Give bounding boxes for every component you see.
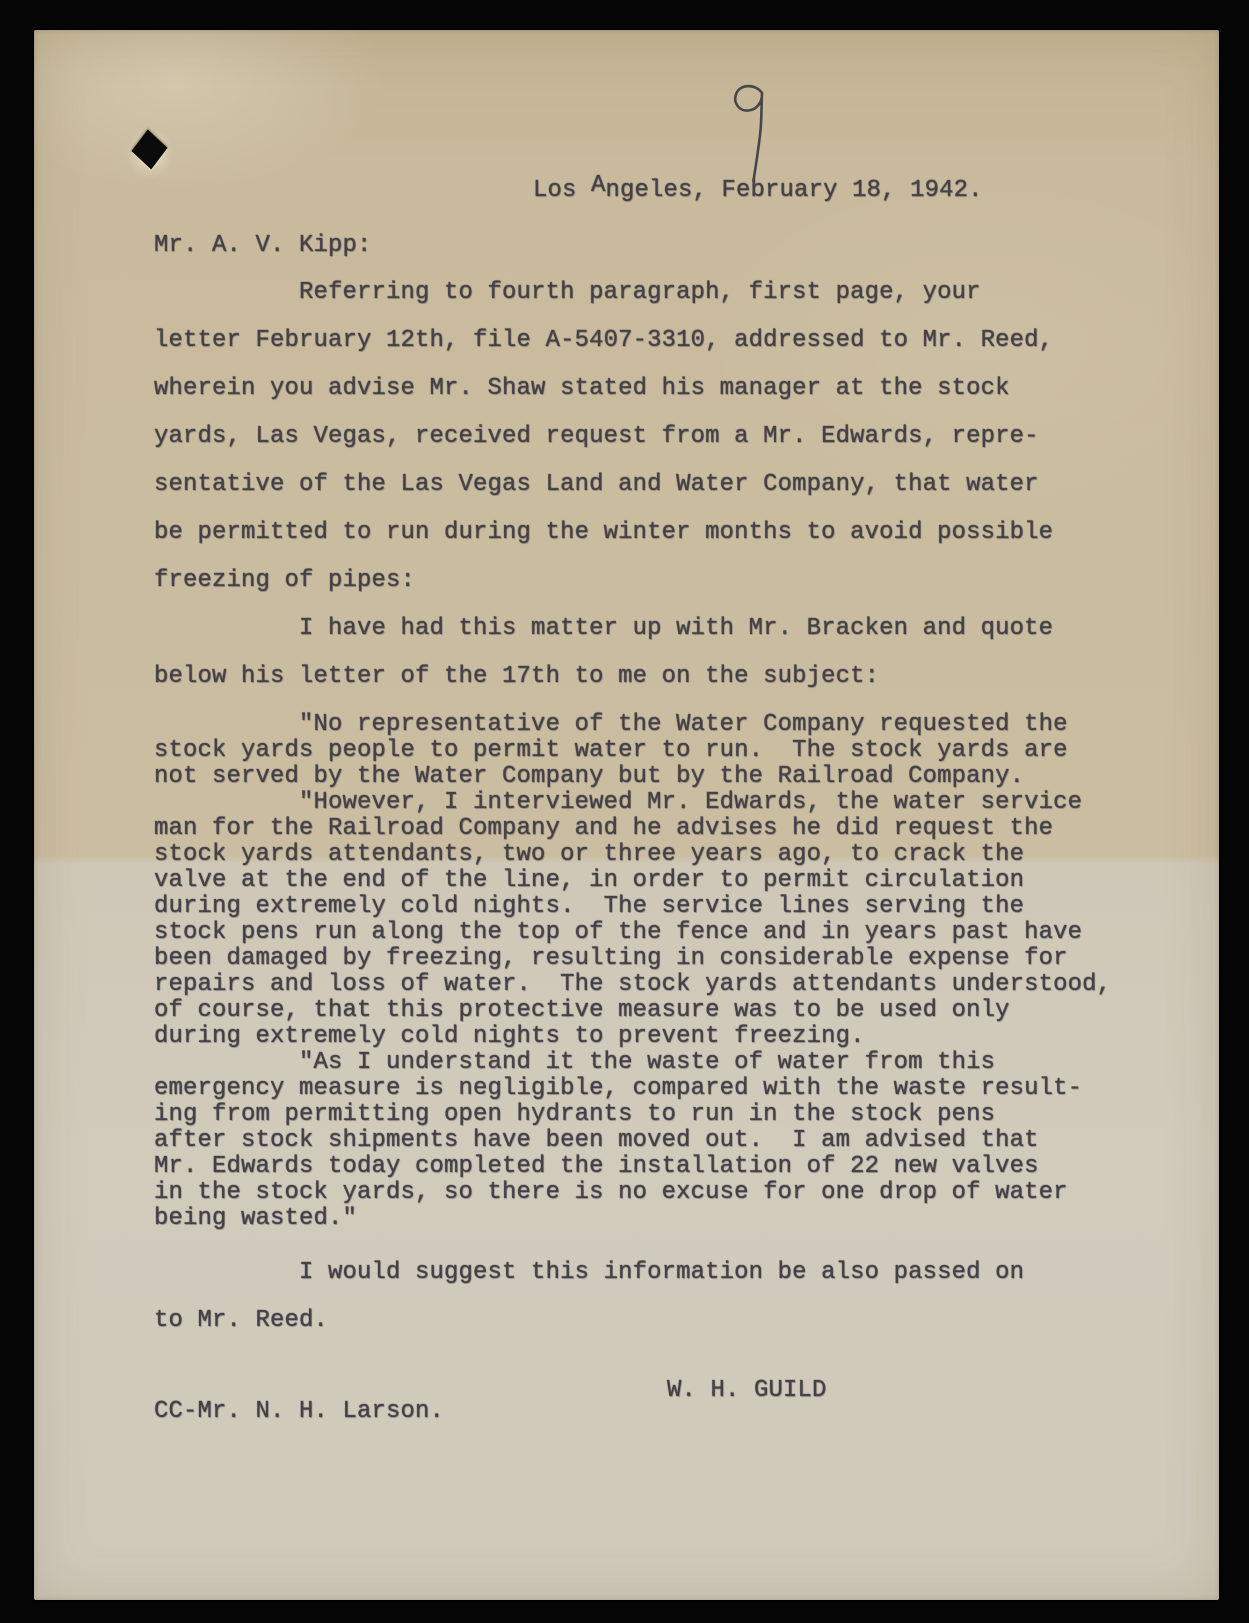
handwritten-page-number (728, 82, 774, 188)
dateline-text-before: Los (533, 177, 591, 204)
quote-paragraph-3: "As I understand it the waste of water f… (154, 1050, 1111, 1232)
cc-line: CC-Mr. N. H. Larson. (154, 1398, 444, 1425)
body-paragraph-2: I have had this matter up with Mr. Brack… (154, 605, 1053, 701)
scan-background: Los Angeles, February 18, 1942. Mr. A. V… (0, 0, 1249, 1623)
closing-paragraph: I would suggest this information be also… (154, 1249, 1024, 1345)
body-paragraph-1: Referring to fourth paragraph, first pag… (154, 269, 1053, 605)
quote-paragraph-2: "However, I interviewed Mr. Edwards, the… (154, 790, 1111, 1050)
signature-name: W. H. GUILD (667, 1377, 827, 1404)
letter-page: Los Angeles, February 18, 1942. Mr. A. V… (34, 30, 1219, 1600)
dateline-raised-letter: A (591, 172, 606, 199)
dateline-text-after: ngeles, February 18, 1942. (606, 177, 983, 204)
punch-hole-crease (118, 118, 182, 188)
punch-hole (131, 129, 167, 169)
quoted-letter-block: "No representative of the Water Company … (154, 712, 1111, 1232)
dateline: Los Angeles, February 18, 1942. (533, 177, 983, 204)
quote-paragraph-1: "No representative of the Water Company … (154, 712, 1111, 790)
salutation: Mr. A. V. Kipp: (154, 232, 372, 259)
